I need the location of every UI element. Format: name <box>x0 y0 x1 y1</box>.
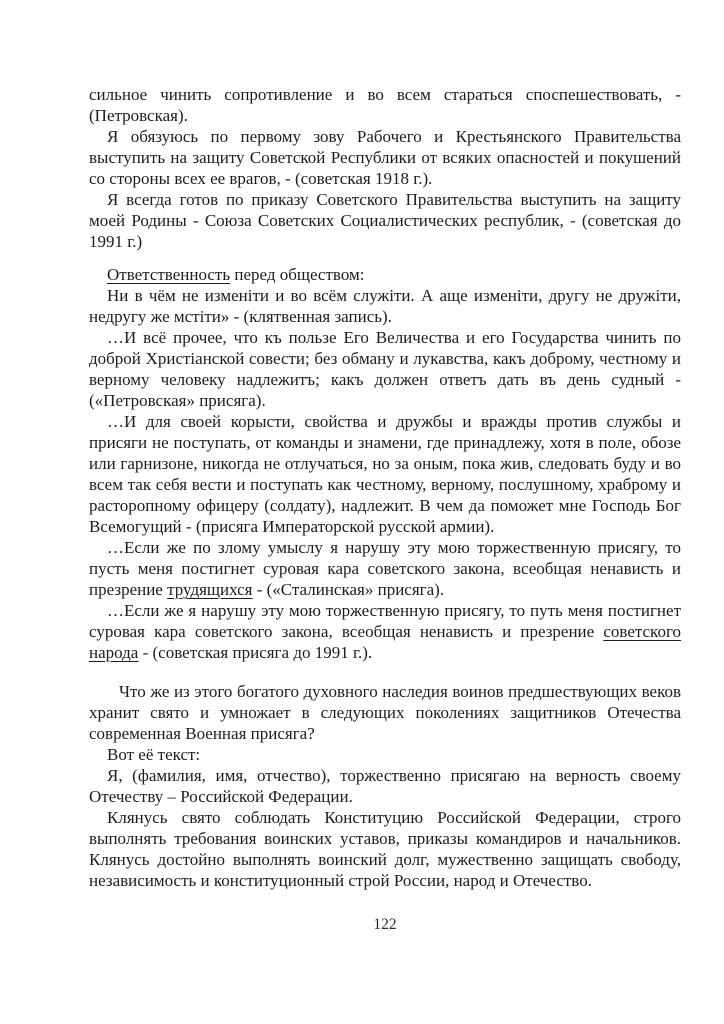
text-run: Я обязуюсь по первому зову Рабочего и Кр… <box>89 127 681 188</box>
paragraph: Я, (фамилия, имя, отчество), торжественн… <box>89 765 681 807</box>
underlined-text: Ответственность <box>107 265 230 284</box>
paragraph: Ни в чём не изменіти и во всём служіти. … <box>89 285 681 327</box>
paragraph: Клянусь свято соблюдать Конституцию Росс… <box>89 807 681 891</box>
paragraph: Я обязуюсь по первому зову Рабочего и Кр… <box>89 126 681 189</box>
page-number: 122 <box>89 916 681 934</box>
text-run: сильное чинить сопротивление и во всем с… <box>89 85 681 125</box>
text-run: …И для своей корысти, свойства и дружбы … <box>89 412 681 536</box>
paragraph: Я всегда готов по приказу Советского Пра… <box>89 189 681 252</box>
paragraph: сильное чинить сопротивление и во всем с… <box>89 84 681 126</box>
text-run: - (советская присяга до 1991 г.). <box>138 643 372 662</box>
text-run: Я всегда готов по приказу Советского Пра… <box>89 190 681 251</box>
paragraph: …Если же я нарушу эту мою торжественную … <box>89 600 681 663</box>
paragraph: Что же из этого богатого духовного насле… <box>89 681 681 744</box>
text-run: Вот её текст: <box>107 745 200 764</box>
paragraph: …И для своей корысти, свойства и дружбы … <box>89 411 681 537</box>
underlined-text: трудящихся <box>167 580 252 599</box>
paragraph: Вот её текст: <box>89 744 681 765</box>
text-run: Клянусь свято соблюдать Конституцию Росс… <box>89 808 681 890</box>
text-run: …И всё прочее, что къ пользе Его Величес… <box>89 328 681 410</box>
text-run: Ни в чём не изменіти и во всём служіти. … <box>89 286 681 326</box>
paragraph: …И всё прочее, что къ пользе Его Величес… <box>89 327 681 411</box>
paragraph: …Если же по злому умыслу я нарушу эту мо… <box>89 537 681 600</box>
text-run: перед обществом: <box>230 265 364 284</box>
document-body: сильное чинить сопротивление и во всем с… <box>89 84 681 891</box>
document-page: сильное чинить сопротивление и во всем с… <box>0 0 724 1024</box>
text-run: Я, (фамилия, имя, отчество), торжественн… <box>89 766 681 806</box>
text-run: …Если же я нарушу эту мою торжественную … <box>89 601 681 641</box>
text-run: Что же из этого богатого духовного насле… <box>89 682 681 743</box>
text-run: - («Сталинская» присяга). <box>252 580 444 599</box>
paragraph: Ответственность перед обществом: <box>89 264 681 285</box>
